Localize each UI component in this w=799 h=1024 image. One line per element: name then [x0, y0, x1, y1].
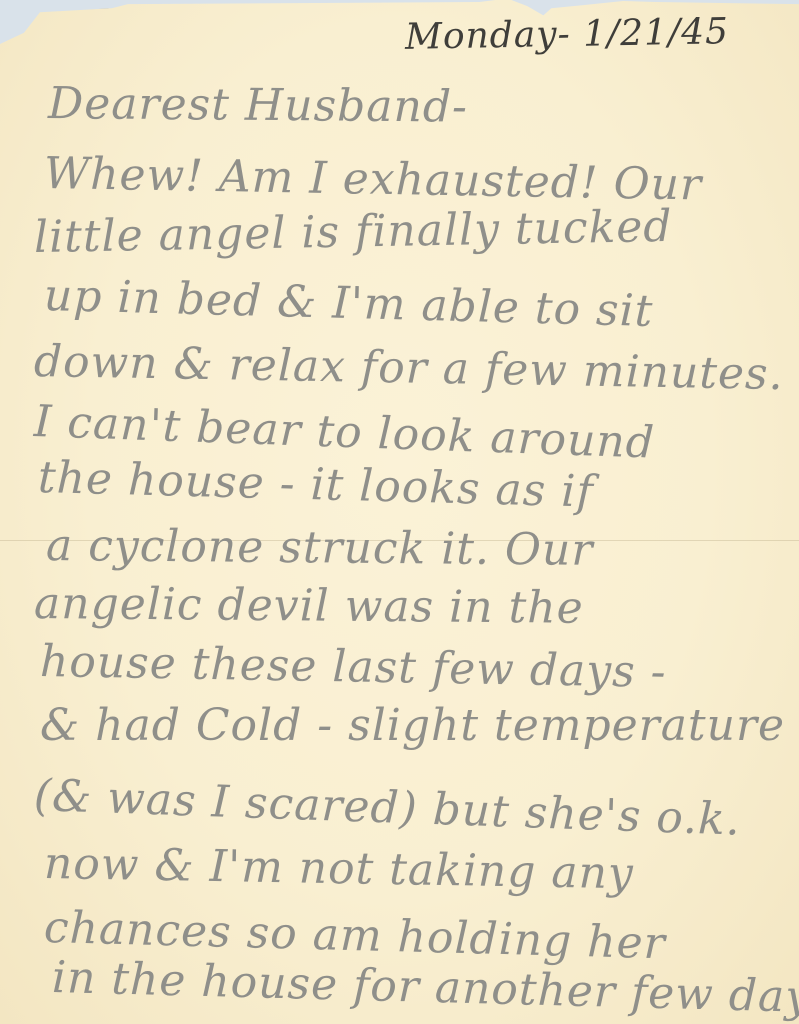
- body-line: (& was I scared) but she's o.k.: [33, 770, 741, 846]
- body-line: now & I'm not taking any: [44, 838, 635, 899]
- body-line: down & relax for a few minutes.: [34, 336, 784, 400]
- body-line: angelic devil was in the: [34, 578, 584, 634]
- letter-page: Monday- 1/21/45 Dearest Husband- Whew! A…: [0, 0, 799, 1024]
- body-line: little angel is finally tucked: [34, 201, 673, 263]
- body-line: up in bed & I'm able to sit: [43, 270, 654, 337]
- torn-corner-edge: [0, 0, 110, 34]
- letter-date: Monday- 1/21/45: [405, 11, 730, 58]
- body-line: & had Cold - slight temperature -: [40, 700, 799, 751]
- body-line: a cyclone struck it. Our: [46, 520, 594, 576]
- body-line: in the house for another few days.: [51, 952, 799, 1024]
- body-line: house these last few days -: [40, 636, 667, 698]
- salutation: Dearest Husband-: [48, 78, 468, 133]
